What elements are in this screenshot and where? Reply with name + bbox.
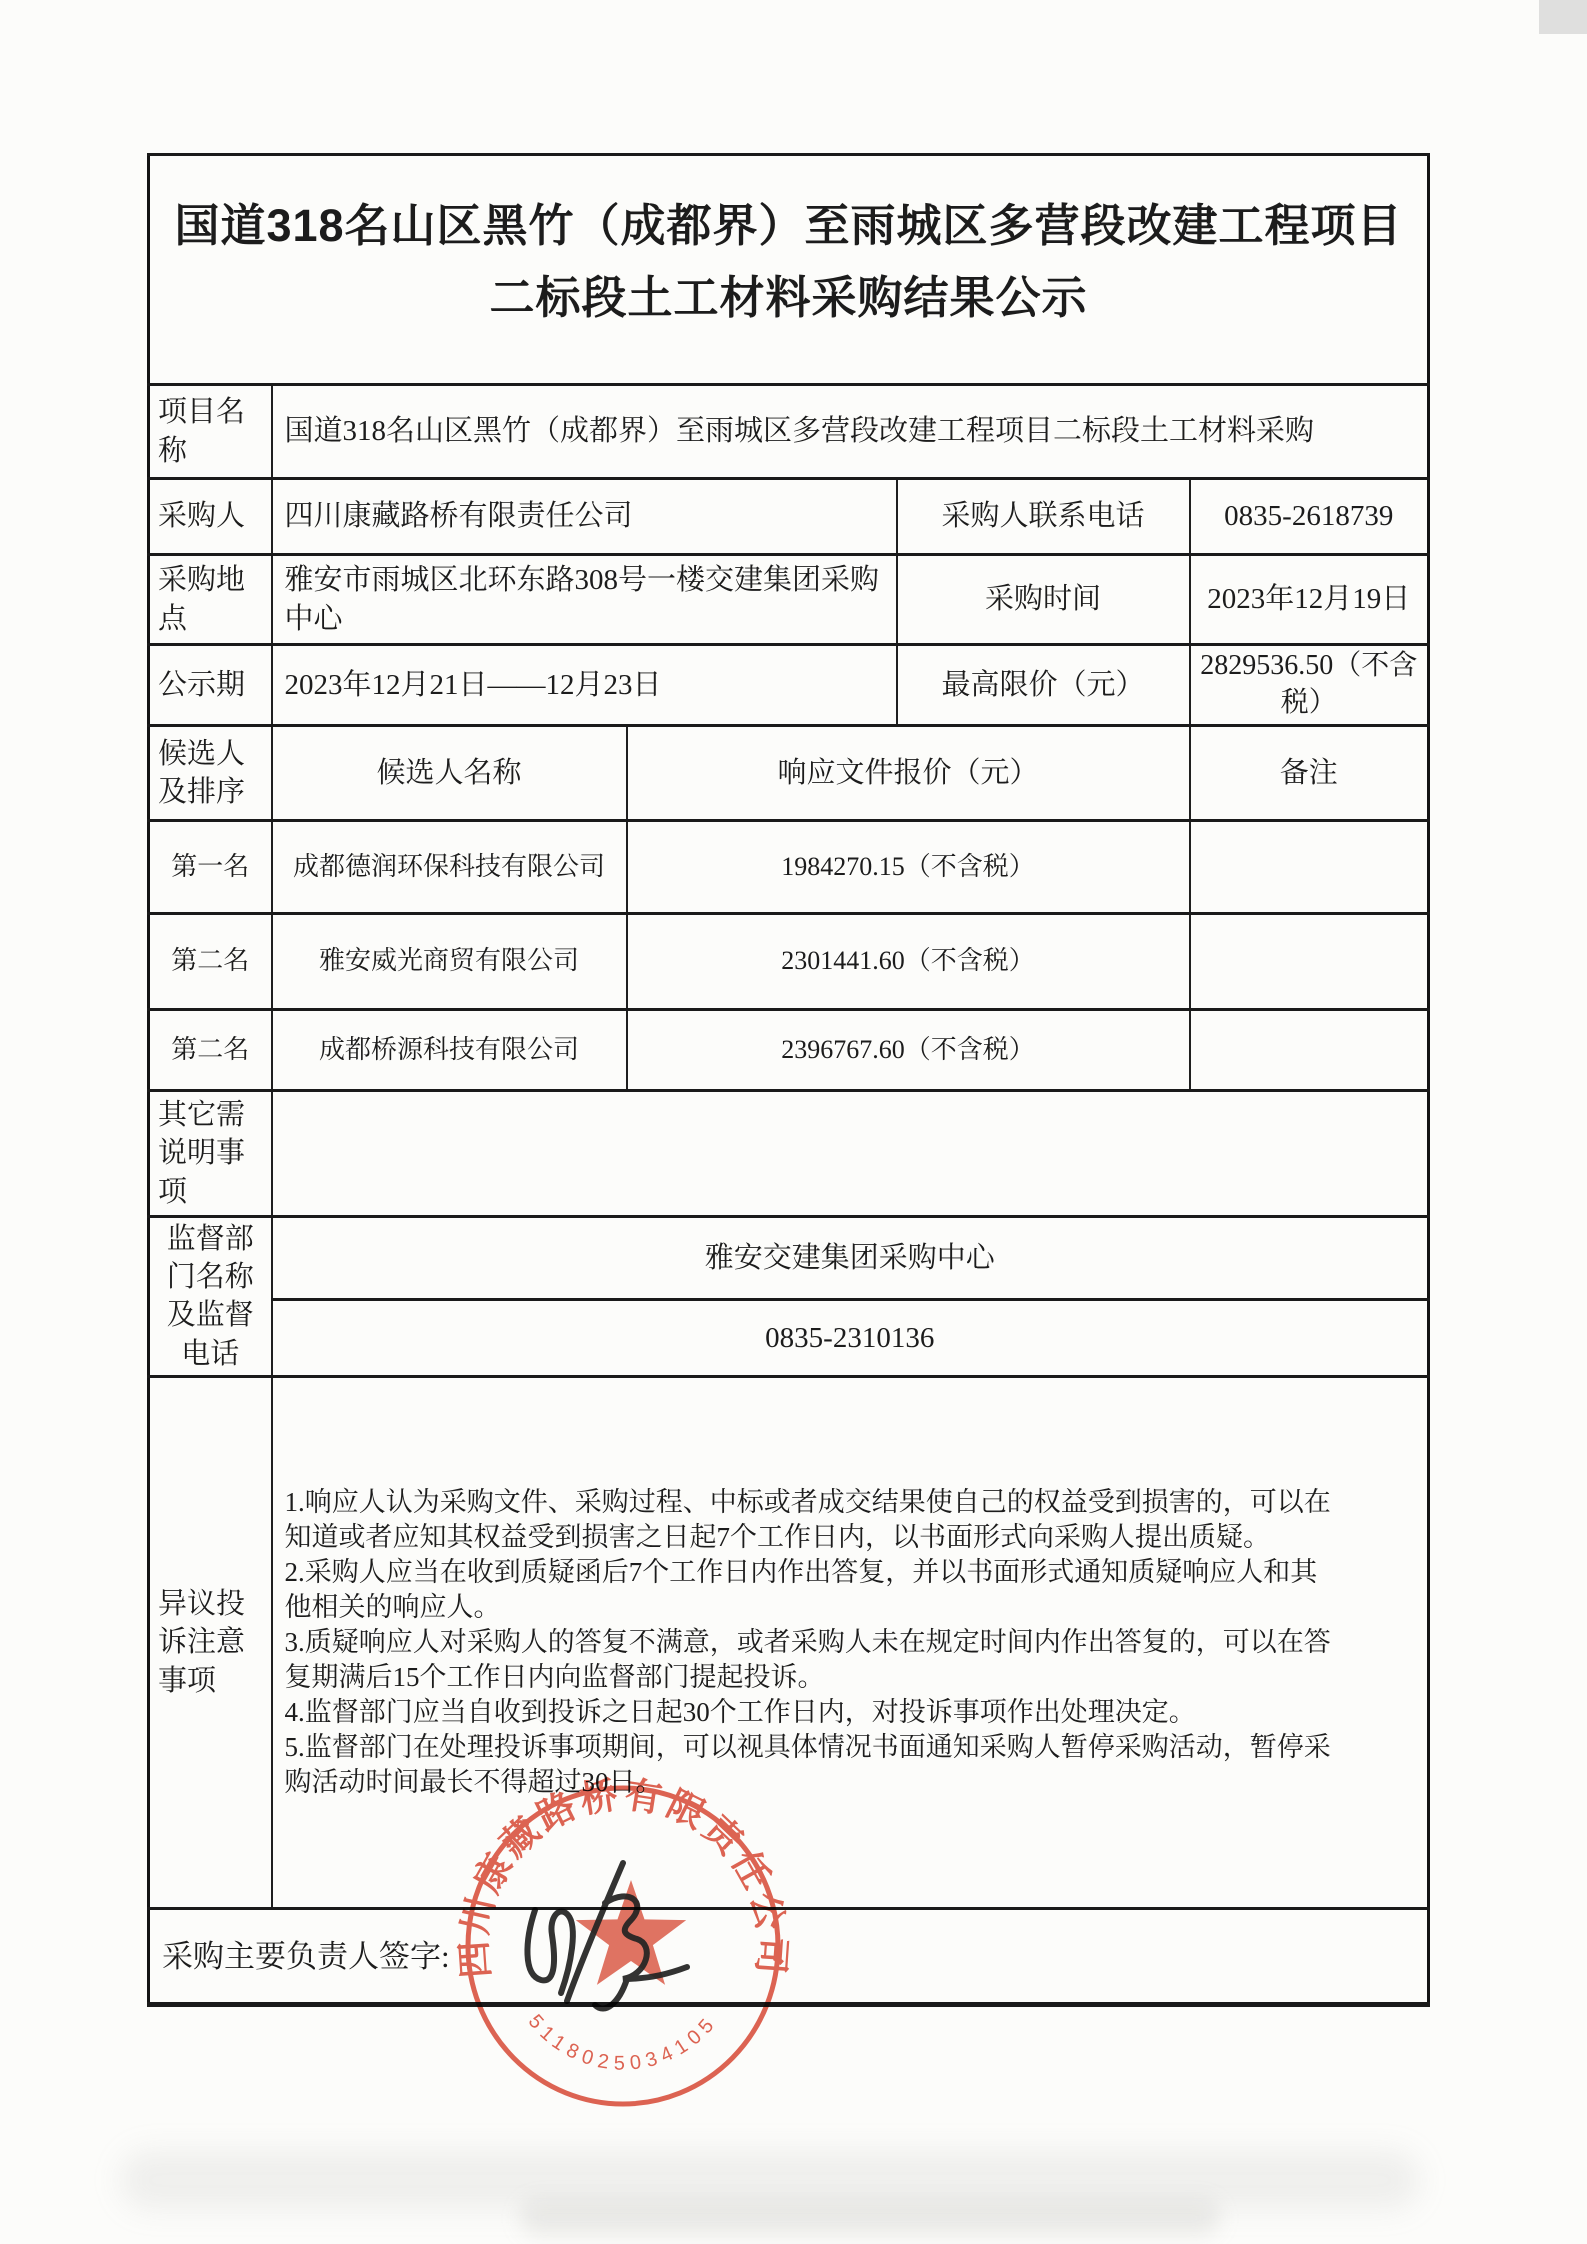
page-title: 国道318名山区黑竹（成都界）至雨城区多营段改建工程项目 二标段土工材料采购结果… bbox=[149, 155, 1429, 385]
procurement-result-table: 国道318名山区黑竹（成都界）至雨城区多营段改建工程项目 二标段土工材料采购结果… bbox=[147, 153, 1430, 2007]
candidates-name-header: 候选人名称 bbox=[272, 725, 627, 820]
candidate-price: 1984270.15（不含税） bbox=[627, 820, 1190, 913]
publicity-period-row: 公示期 2023年12月21日——12月23日 最高限价（元） 2829536.… bbox=[149, 645, 1429, 726]
candidate-remark bbox=[1190, 1009, 1429, 1090]
procurement-location-row: 采购地点 雅安市雨城区北环东路308号一楼交建集团采购中心 采购时间 2023年… bbox=[149, 555, 1429, 645]
candidate-name: 成都桥源科技有限公司 bbox=[272, 1009, 627, 1090]
candidate-rank: 第一名 bbox=[149, 820, 272, 913]
candidates-rank-header: 候选人及排序 bbox=[149, 725, 272, 820]
purchaser-phone-label: 采购人联系电话 bbox=[897, 479, 1190, 555]
other-notes-value bbox=[272, 1090, 1429, 1216]
signature-row: 采购主要负责人签字: bbox=[149, 1908, 1429, 2005]
scan-corner-artifact bbox=[1539, 0, 1587, 34]
candidate-remark bbox=[1190, 820, 1429, 913]
other-notes-label: 其它需说明事项 bbox=[149, 1090, 272, 1216]
procurement-location-label: 采购地点 bbox=[149, 555, 272, 645]
publicity-period-label: 公示期 bbox=[149, 645, 272, 726]
title-row: 国道318名山区黑竹（成都界）至雨城区多营段改建工程项目 二标段土工材料采购结果… bbox=[149, 155, 1429, 385]
scan-smudge bbox=[520, 2200, 1220, 2236]
page-title-line2: 二标段土工材料采购结果公示 bbox=[170, 262, 1407, 334]
candidate-remark bbox=[1190, 913, 1429, 1009]
purchaser-value: 四川康藏路桥有限责任公司 bbox=[272, 479, 897, 555]
objection-row: 异议投诉注意事项 1.响应人认为采购文件、采购过程、中标或者成交结果使自己的权益… bbox=[149, 1376, 1429, 1908]
supervision-phone: 0835-2310136 bbox=[272, 1300, 1429, 1377]
objection-label: 异议投诉注意事项 bbox=[149, 1376, 272, 1908]
purchaser-row: 采购人 四川康藏路桥有限责任公司 采购人联系电话 0835-2618739 bbox=[149, 479, 1429, 555]
signature-label: 采购主要负责人签字: bbox=[149, 1908, 1429, 2005]
other-notes-row: 其它需说明事项 bbox=[149, 1090, 1429, 1216]
candidate-rank: 第二名 bbox=[149, 1009, 272, 1090]
purchaser-label: 采购人 bbox=[149, 479, 272, 555]
candidate-row: 第一名 成都德润环保科技有限公司 1984270.15（不含税） bbox=[149, 820, 1429, 913]
candidate-row: 第二名 雅安威光商贸有限公司 2301441.60（不含税） bbox=[149, 913, 1429, 1009]
candidates-header-row: 候选人及排序 候选人名称 响应文件报价（元） 备注 bbox=[149, 725, 1429, 820]
candidate-rank: 第二名 bbox=[149, 913, 272, 1009]
candidate-price: 2396767.60（不含税） bbox=[627, 1009, 1190, 1090]
publicity-period-value: 2023年12月21日——12月23日 bbox=[272, 645, 897, 726]
supervision-phone-row: 0835-2310136 bbox=[149, 1300, 1429, 1377]
seal-number: 5118025034105 bbox=[524, 2011, 723, 2075]
max-price-value: 2829536.50（不含税） bbox=[1190, 645, 1429, 726]
purchaser-phone-value: 0835-2618739 bbox=[1190, 479, 1429, 555]
supervision-label: 监督部门名称及监督电话 bbox=[149, 1216, 272, 1376]
supervision-name: 雅安交建集团采购中心 bbox=[272, 1216, 1429, 1299]
objection-text: 1.响应人认为采购文件、采购过程、中标或者成交结果使自己的权益受到损害的，可以在… bbox=[272, 1376, 1429, 1908]
candidate-name: 雅安威光商贸有限公司 bbox=[272, 913, 627, 1009]
project-name-label: 项目名称 bbox=[149, 385, 272, 479]
procurement-location-value: 雅安市雨城区北环东路308号一楼交建集团采购中心 bbox=[272, 555, 897, 645]
supervision-row: 监督部门名称及监督电话 雅安交建集团采购中心 bbox=[149, 1216, 1429, 1299]
candidate-name: 成都德润环保科技有限公司 bbox=[272, 820, 627, 913]
procurement-time-value: 2023年12月19日 bbox=[1190, 555, 1429, 645]
candidate-price: 2301441.60（不含税） bbox=[627, 913, 1190, 1009]
project-name-value: 国道318名山区黑竹（成都界）至雨城区多营段改建工程项目二标段土工材料采购 bbox=[272, 385, 1429, 479]
candidates-remark-header: 备注 bbox=[1190, 725, 1429, 820]
candidates-price-header: 响应文件报价（元） bbox=[627, 725, 1190, 820]
procurement-time-label: 采购时间 bbox=[897, 555, 1190, 645]
project-name-row: 项目名称 国道318名山区黑竹（成都界）至雨城区多营段改建工程项目二标段土工材料… bbox=[149, 385, 1429, 479]
page-title-line1: 国道318名山区黑竹（成都界）至雨城区多营段改建工程项目 bbox=[170, 190, 1407, 262]
table-bottom-double-line bbox=[147, 2002, 1430, 2005]
max-price-label: 最高限价（元） bbox=[897, 645, 1190, 726]
candidate-row: 第二名 成都桥源科技有限公司 2396767.60（不含税） bbox=[149, 1009, 1429, 1090]
seal-number-holder: 5118025034105 bbox=[524, 2011, 723, 2075]
scanned-document-page: 国道318名山区黑竹（成都界）至雨城区多营段改建工程项目 二标段土工材料采购结果… bbox=[0, 0, 1587, 2244]
